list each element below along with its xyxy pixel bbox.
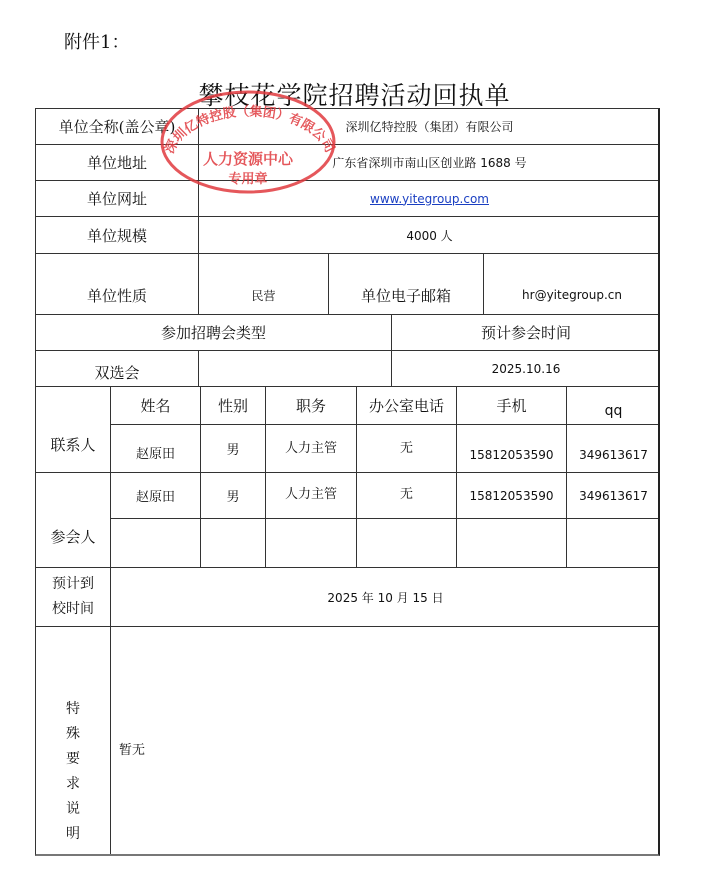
attendee-2-gender[interactable] — [200, 518, 265, 567]
contact-position[interactable]: 人力主管 — [265, 424, 356, 472]
special-label-char: 要 — [66, 747, 80, 772]
contact-label: 联系人 — [35, 386, 110, 472]
unit-address-value[interactable]: 广东省深圳市南山区创业路 1688 号 — [198, 144, 660, 180]
arrival-label-line1: 预计到 — [52, 572, 94, 597]
arrival-label-line2: 校时间 — [52, 597, 94, 622]
contact-mobile[interactable]: 15812053590 — [456, 424, 566, 472]
contact-qq[interactable]: 349613617 — [566, 424, 660, 472]
attendee-2-position[interactable] — [265, 518, 356, 567]
special-label-char: 特 — [66, 697, 80, 722]
attendee-1-office-phone[interactable]: 无 — [356, 472, 456, 518]
unit-email-value[interactable]: hr@yitegroup.cn — [483, 253, 660, 314]
form-title: 攀枝花学院招聘活动回执单 — [0, 76, 709, 112]
special-label: 特 殊 要 求 说 明 — [35, 626, 110, 856]
unit-website-label: 单位网址 — [35, 180, 198, 216]
arrival-value[interactable]: 2025 年 10 月 15 日 — [110, 567, 660, 626]
col-header-name: 姓名 — [110, 386, 200, 424]
unit-nature-value[interactable]: 民营 — [198, 253, 328, 314]
unit-email-label: 单位电子邮箱 — [328, 253, 483, 314]
attendee-2-mobile[interactable] — [456, 518, 566, 567]
special-label-char: 明 — [66, 822, 80, 847]
unit-name-label: 单位全称(盖公章) — [35, 108, 198, 144]
col-header-mobile: 手机 — [456, 386, 566, 424]
fair-type-extra[interactable] — [198, 350, 391, 386]
contact-office-phone[interactable]: 无 — [356, 424, 456, 472]
special-label-char: 求 — [66, 772, 80, 797]
special-label-char: 说 — [66, 797, 80, 822]
col-header-qq: qq — [566, 386, 660, 424]
fair-type-value[interactable]: 双选会 — [35, 350, 198, 386]
attendee-1-position[interactable]: 人力主管 — [265, 472, 356, 518]
attachment-label: 附件1： — [64, 28, 129, 54]
attendee-1-gender[interactable]: 男 — [200, 472, 265, 518]
unit-website-link[interactable]: www.yitegroup.com — [370, 192, 489, 206]
unit-name-value[interactable]: 深圳亿特控股（集团）有限公司 — [198, 108, 660, 144]
unit-scale-label: 单位规模 — [35, 216, 198, 253]
attendee-1-mobile[interactable]: 15812053590 — [456, 472, 566, 518]
contact-name[interactable]: 赵原田 — [110, 424, 200, 472]
unit-nature-label: 单位性质 — [35, 253, 198, 314]
col-header-office-phone: 办公室电话 — [356, 386, 456, 424]
attendee-2-name[interactable] — [110, 518, 200, 567]
attendee-label: 参会人 — [35, 472, 110, 567]
fair-type-header: 参加招聘会类型 — [35, 314, 391, 350]
unit-website-cell: www.yitegroup.com — [198, 180, 660, 216]
col-header-gender: 性别 — [200, 386, 265, 424]
attendee-1-qq[interactable]: 349613617 — [566, 472, 660, 518]
attendee-2-qq[interactable] — [566, 518, 660, 567]
receipt-form-table: 单位全称(盖公章) 深圳亿特控股（集团）有限公司 单位地址 广东省深圳市南山区创… — [35, 108, 660, 856]
special-value[interactable]: 暂无 — [110, 626, 660, 856]
attendee-1-name[interactable]: 赵原田 — [110, 472, 200, 518]
arrival-label: 预计到 校时间 — [35, 567, 110, 626]
attendee-2-office-phone[interactable] — [356, 518, 456, 567]
fair-time-value[interactable]: 2025.10.16 — [391, 350, 660, 386]
contact-gender[interactable]: 男 — [200, 424, 265, 472]
unit-address-label: 单位地址 — [35, 144, 198, 180]
unit-scale-value[interactable]: 4000 人 — [198, 216, 660, 253]
col-header-position: 职务 — [265, 386, 356, 424]
fair-time-header: 预计参会时间 — [391, 314, 660, 350]
special-label-char: 殊 — [66, 722, 80, 747]
